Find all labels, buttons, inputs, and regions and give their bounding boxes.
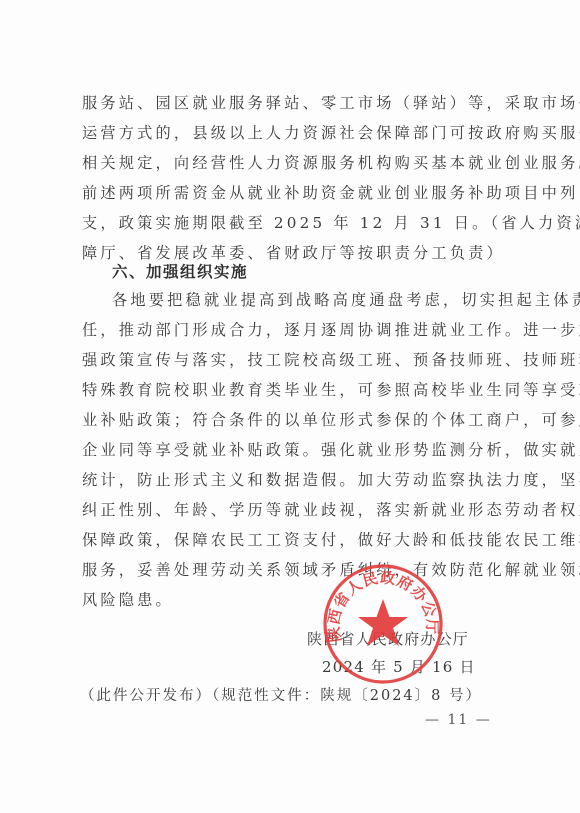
body-line: 相关规定，向经营性人力资源服务机构购买基本就业创业服务。	[82, 153, 502, 173]
body-line: 统计，防止形式主义和数据造假。加大劳动监察执法力度，坚决	[82, 470, 502, 490]
section-heading: 六、加强组织实施	[112, 262, 248, 282]
page-number: — 11 —	[425, 712, 492, 728]
body-line: 任，推动部门形成合力，逐月逐周协调推进就业工作。进一步加	[82, 320, 502, 340]
body-line: 保障政策，保障农民工工资支付，做好大龄和低技能农民工维权	[82, 530, 502, 550]
body-line: 运营方式的，县级以上人力资源社会保障部门可按政府购买服务	[82, 123, 502, 143]
body-line: 强政策宣传与落实，技工院校高级工班、预备技师班、技师班和	[82, 350, 502, 370]
body-line: 障厅、省发展改革委、省财政厅等按职责分工负责）	[82, 243, 502, 263]
body-line: 企业同等享受就业补贴政策。强化就业形势监测分析，做实就业	[82, 440, 502, 460]
body-line: 服务站、园区就业服务驿站、零工市场（驿站）等，采取市场化	[82, 93, 502, 113]
document-page: 服务站、园区就业服务驿站、零工市场（驿站）等，采取市场化 运营方式的，县级以上人…	[0, 0, 580, 813]
publication-note: （此件公开发布）（规范性文件：陕规〔2024〕8 号）	[80, 684, 482, 705]
official-seal-icon: 陕西省人民政府办公厅	[322, 563, 444, 685]
body-line: 各地要把稳就业提高到战略高度通盘考虑，切实担起主体责	[112, 290, 532, 310]
body-line: 纠正性别、年龄、学历等就业歧视，落实新就业形态劳动者权益	[82, 500, 502, 520]
body-line: 业补贴政策；符合条件的以单位形式参保的个体工商户，可参照	[82, 410, 502, 430]
body-line: 支，政策实施期限截至 2025 年 12 月 31 日。（省人力资源社会保	[82, 213, 502, 233]
body-line: 特殊教育院校职业教育类毕业生，可参照高校毕业生同等享受就	[82, 380, 502, 400]
body-line: 前述两项所需资金从就业补助资金就业创业服务补助项目中列	[82, 183, 502, 203]
